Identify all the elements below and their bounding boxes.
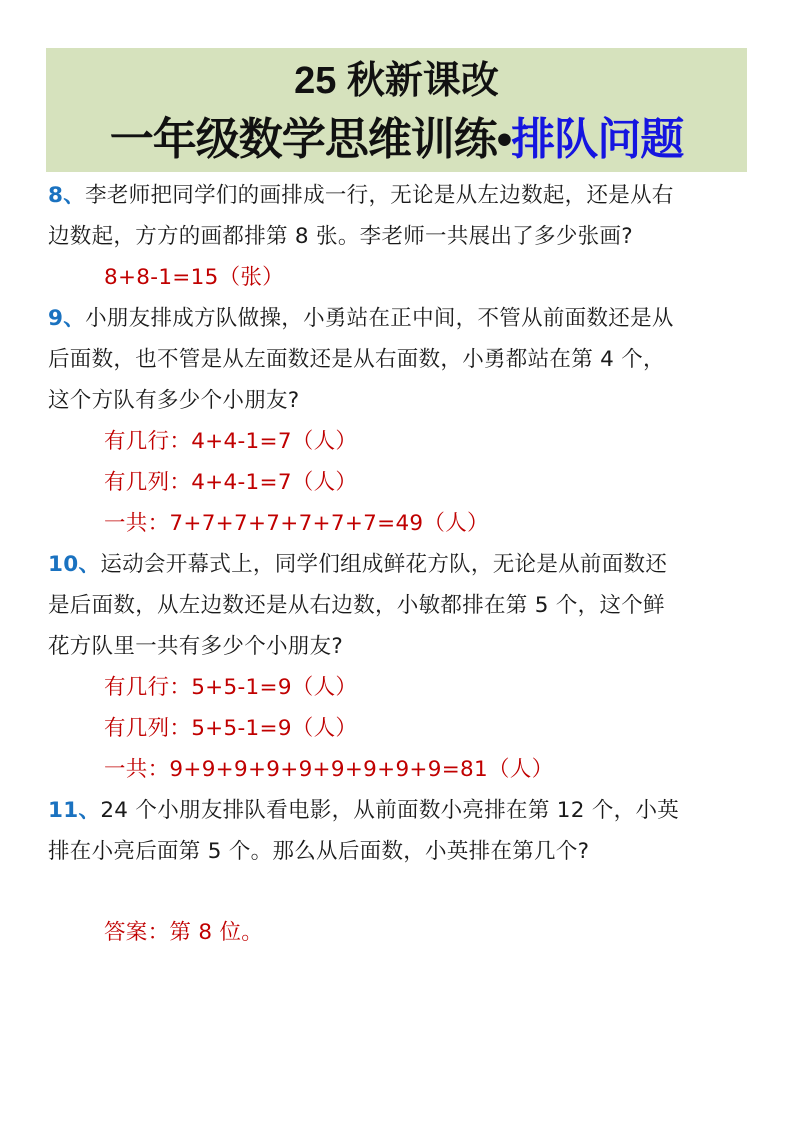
question-number: 11、 xyxy=(48,798,100,823)
question-line: 排在小亮后面第 5 个。那么从后面数，小英排在第几个? xyxy=(48,831,748,872)
answer-line: 有几列：4+4-1=7（人） xyxy=(48,462,748,503)
problem-11: 11、24 个小朋友排队看电影，从前面数小亮排在第 12 个，小英 排在小亮后面… xyxy=(48,790,748,953)
title-highlight: 排队问题 xyxy=(511,115,683,164)
answer-line: 有几列：5+5-1=9（人） xyxy=(48,708,748,749)
question-text: 小朋友排成方队做操，小勇站在正中间，不管从前面数还是从 xyxy=(85,306,674,331)
title-line-1: 25 秋新课改 xyxy=(46,56,747,106)
question-line: 10、运动会开幕式上，同学们组成鲜花方队，无论是从前面数还 xyxy=(48,544,748,585)
question-text: 24 个小朋友排队看电影，从前面数小亮排在第 12 个，小英 xyxy=(100,798,679,823)
question-text: 运动会开幕式上，同学们组成鲜花方队，无论是从前面数还 xyxy=(100,552,667,577)
answer-line: 有几行：4+4-1=7（人） xyxy=(48,421,748,462)
question-line: 花方队里一共有多少个小朋友? xyxy=(48,626,748,667)
question-line: 11、24 个小朋友排队看电影，从前面数小亮排在第 12 个，小英 xyxy=(48,790,748,831)
answer-line: 一共：7+7+7+7+7+7+7=49（人） xyxy=(48,503,748,544)
question-line: 这个方队有多少个小朋友? xyxy=(48,380,748,421)
problem-9: 9、小朋友排成方队做操，小勇站在正中间，不管从前面数还是从 后面数，也不管是从左… xyxy=(48,298,748,544)
answer-line: 一共：9+9+9+9+9+9+9+9+9=81（人） xyxy=(48,749,748,790)
title-banner: 25 秋新课改 一年级数学思维训练•排队问题 xyxy=(46,48,747,172)
question-line: 8、李老师把同学们的画排成一行，无论是从左边数起，还是从右 xyxy=(48,175,748,216)
question-line: 后面数，也不管是从左面数还是从右面数，小勇都站在第 4 个， xyxy=(48,339,748,380)
problem-list: 8、李老师把同学们的画排成一行，无论是从左边数起，还是从右 边数起，方方的画都排… xyxy=(48,175,748,953)
answer-line: 有几行：5+5-1=9（人） xyxy=(48,667,748,708)
question-line: 边数起，方方的画都排第 8 张。李老师一共展出了多少张画? xyxy=(48,216,748,257)
question-line: 是后面数，从左边数还是从右边数，小敏都排在第 5 个，这个鲜 xyxy=(48,585,748,626)
answer-line: 答案：第 8 位。 xyxy=(48,912,748,953)
question-number: 8、 xyxy=(48,183,85,208)
question-text: 李老师把同学们的画排成一行，无论是从左边数起，还是从右 xyxy=(85,183,674,208)
question-number: 10、 xyxy=(48,552,100,577)
answer-line: 8+8-1=15（张） xyxy=(48,257,748,298)
problem-8: 8、李老师把同学们的画排成一行，无论是从左边数起，还是从右 边数起，方方的画都排… xyxy=(48,175,748,298)
problem-10: 10、运动会开幕式上，同学们组成鲜花方队，无论是从前面数还 是后面数，从左边数还… xyxy=(48,544,748,790)
title-prefix: 一年级数学思维训练• xyxy=(110,115,511,164)
question-number: 9、 xyxy=(48,306,85,331)
question-line: 9、小朋友排成方队做操，小勇站在正中间，不管从前面数还是从 xyxy=(48,298,748,339)
title-line-2: 一年级数学思维训练•排队问题 xyxy=(46,112,747,168)
answer-spacer xyxy=(48,872,748,912)
